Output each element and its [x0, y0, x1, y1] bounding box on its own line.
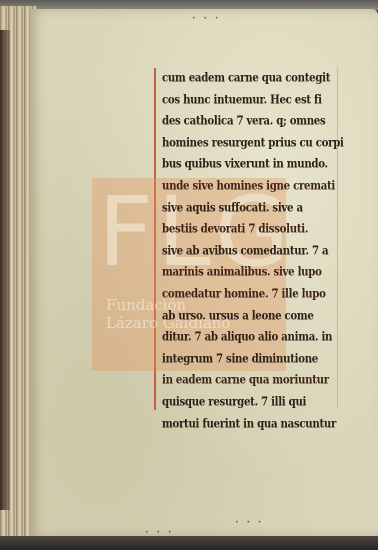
binding-shadow: [0, 30, 10, 510]
bottom-book-edge: [0, 536, 378, 550]
top-prick-marks: • • •: [192, 15, 221, 22]
text-line: mortui fuerint in qua nascuntur: [162, 412, 340, 437]
manuscript-viewer: • • • • • • • • • FLG Fundación Lázaro G…: [0, 0, 378, 550]
text-column: cum eadem carne qua contegit cos hunc in…: [162, 68, 340, 435]
bottom-prick-marks: • • •: [235, 519, 264, 526]
bottom-left-prick-marks: • • •: [145, 529, 174, 536]
left-margin-ruling: [154, 68, 156, 410]
